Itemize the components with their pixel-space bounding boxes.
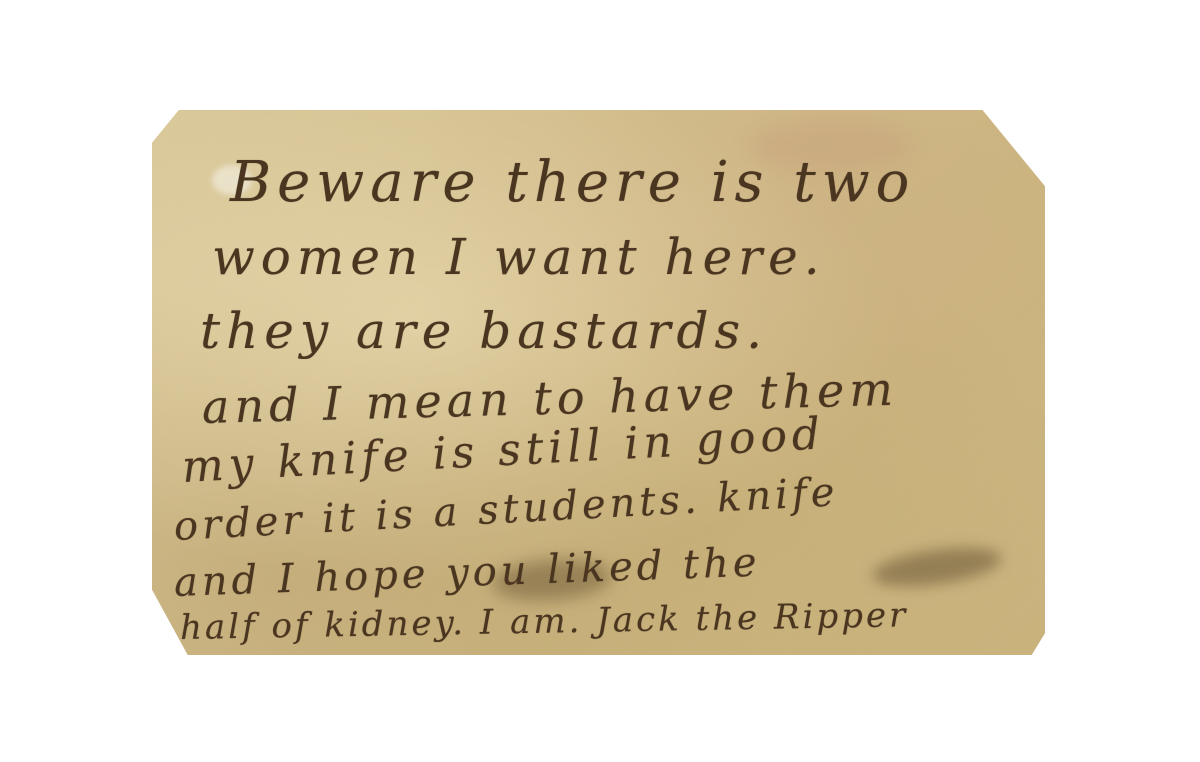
text-line: they are bastards. <box>200 302 768 360</box>
signature-line: half of kidney. I am. Jack the Ripper <box>180 595 909 648</box>
handwritten-text: Beware there is two women I want here. t… <box>152 110 1045 655</box>
image-stage: Beware there is two women I want here. t… <box>0 0 1200 762</box>
text-line: women I want here. <box>212 228 826 286</box>
text-line: Beware there is two <box>230 150 915 215</box>
text-line: and I hope you liked the <box>173 540 761 606</box>
handwritten-card: Beware there is two women I want here. t… <box>152 110 1045 655</box>
